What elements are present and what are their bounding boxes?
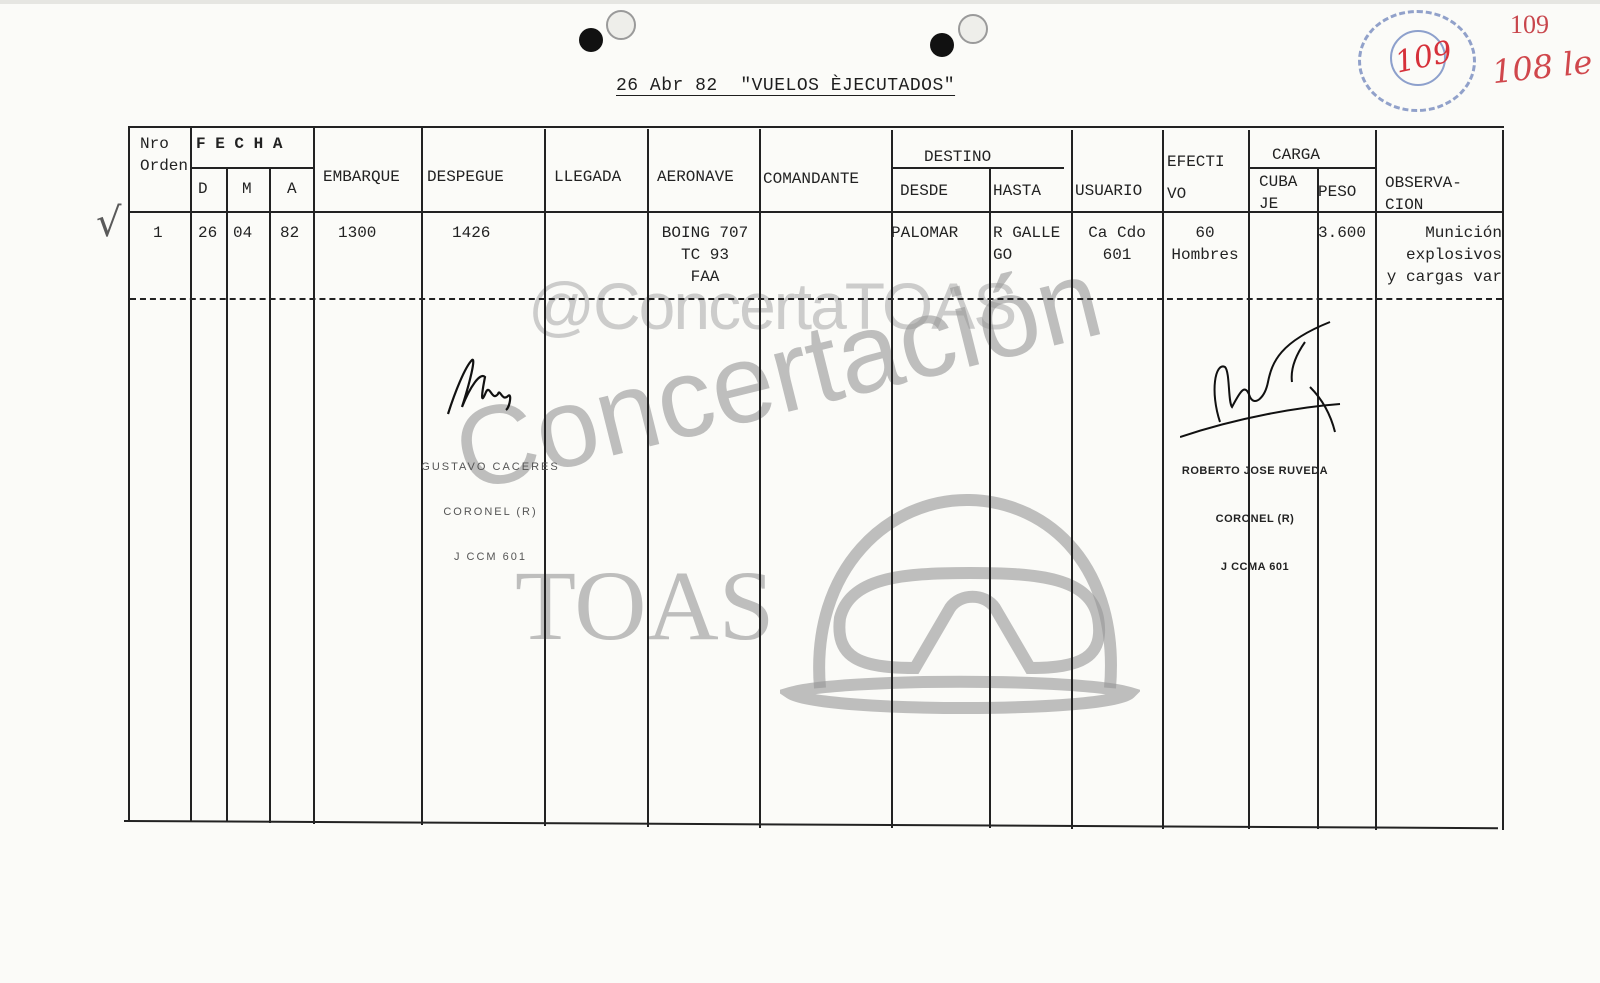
carga-subheader-line bbox=[1250, 167, 1376, 169]
cell-hasta: R GALLE GO bbox=[993, 222, 1060, 266]
cell-nro: 1 bbox=[153, 222, 163, 244]
header-despegue: DESPEGUE bbox=[427, 166, 504, 188]
table-top-border bbox=[130, 126, 1504, 128]
header-aeronave: AERONAVE bbox=[657, 166, 734, 188]
signature-block-ruveda: ROBERTO JOSE RUVEDA CORONEL (R) J CCMA 6… bbox=[1160, 431, 1350, 591]
cell-despegue: 1426 bbox=[452, 222, 490, 244]
header-fecha: F E C H A bbox=[196, 133, 282, 155]
header-destino: DESTINO bbox=[924, 146, 991, 168]
header-usuario: USUARIO bbox=[1075, 180, 1142, 202]
col-line bbox=[190, 128, 192, 822]
header-peso: PESO bbox=[1318, 181, 1356, 203]
signer-unit: J CCM 601 bbox=[418, 550, 563, 565]
cell-observacion: Munición explosivos y cargas var bbox=[1378, 222, 1502, 288]
signer-rank: CORONEL (R) bbox=[418, 505, 563, 520]
header-carga: CARGA bbox=[1272, 144, 1320, 166]
header-desde: DESDE bbox=[900, 180, 948, 202]
col-line bbox=[313, 128, 315, 824]
table-right-border bbox=[1502, 130, 1504, 830]
signature-caceres-icon bbox=[440, 352, 530, 427]
signature-block-caceres: GUSTAVO CACERES CORONEL (R) J CCM 601 bbox=[418, 430, 563, 580]
header-llegada: LLEGADA bbox=[554, 166, 621, 188]
col-line bbox=[647, 129, 649, 827]
row-separator-dashed bbox=[130, 298, 1502, 300]
cell-desde: PALOMAR bbox=[891, 222, 958, 244]
signer-name: ROBERTO JOSE RUVEDA bbox=[1160, 463, 1350, 479]
header-efectivo: EFECTI VO bbox=[1167, 146, 1225, 210]
header-embarque: EMBARQUE bbox=[323, 166, 400, 188]
cell-efectivo: 60 Hombres bbox=[1162, 222, 1248, 266]
cell-dia: 26 bbox=[198, 222, 217, 244]
header-fecha-d: D bbox=[198, 178, 208, 200]
cell-embarque: 1300 bbox=[338, 222, 376, 244]
signer-rank: CORONEL (R) bbox=[1160, 511, 1350, 527]
col-line bbox=[226, 168, 228, 822]
header-nro-orden: Nro Orden bbox=[140, 133, 188, 177]
header-fecha-m: M bbox=[242, 178, 252, 200]
table-bottom-border bbox=[124, 820, 1498, 829]
header-observacion: OBSERVA- CION bbox=[1385, 172, 1462, 216]
table-left-border bbox=[128, 126, 130, 822]
header-cubaje: CUBA JE bbox=[1259, 171, 1297, 215]
signature-ruveda-icon bbox=[1180, 312, 1350, 442]
signer-unit: J CCMA 601 bbox=[1160, 559, 1350, 575]
cell-anio: 82 bbox=[280, 222, 299, 244]
header-comandante: COMANDANTE bbox=[763, 168, 859, 190]
header-fecha-a: A bbox=[287, 178, 297, 200]
header-hasta: HASTA bbox=[993, 180, 1041, 202]
cell-aeronave: BOING 707 TC 93 FAA bbox=[650, 222, 760, 288]
col-line bbox=[989, 168, 991, 828]
signer-name: GUSTAVO CACERES bbox=[418, 460, 563, 475]
cell-usuario: Ca Cdo 601 bbox=[1073, 222, 1161, 266]
col-line bbox=[1375, 130, 1377, 830]
col-line bbox=[269, 168, 271, 823]
fecha-subheader-line bbox=[190, 167, 314, 169]
cell-mes: 04 bbox=[233, 222, 252, 244]
cell-peso: 3.600 bbox=[1318, 222, 1366, 244]
